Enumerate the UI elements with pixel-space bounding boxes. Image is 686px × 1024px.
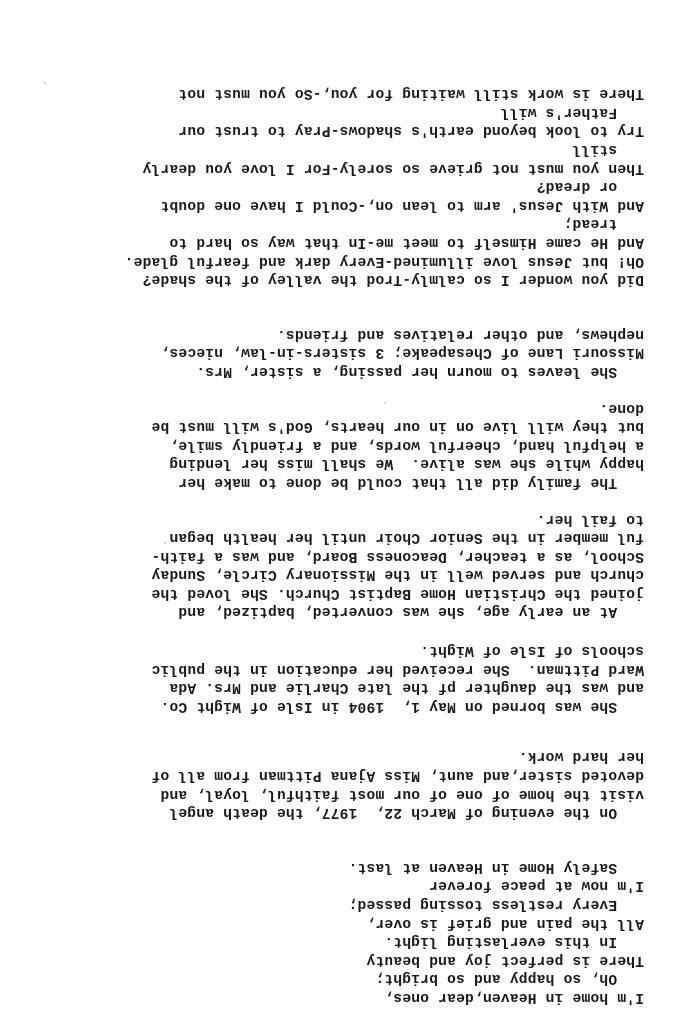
poem-line: There is work still waiting for you,-So … (24, 84, 644, 103)
text-line: At an early age, she was converted, bapt… (24, 602, 644, 621)
text-line: done. (24, 398, 644, 417)
scan-speck (384, 402, 386, 404)
paragraph-birth: She was borned on May 1, 1904 in Isle of… (24, 641, 644, 715)
scan-speck (44, 82, 46, 84)
poem-line: I'm home in Heaven,dear ones, (24, 987, 644, 1006)
poem-line: Did you wonder I so calmly-Trod the vall… (24, 270, 644, 289)
paragraph-survivors: She leaves to mourn her passing, a siste… (24, 324, 644, 380)
scan-speck (164, 542, 166, 544)
poem-line: And He came Himself to meet me-In that w… (24, 232, 644, 251)
paragraph-church: At an early age, she was converted, bapt… (24, 509, 644, 621)
text-line: She leaves to mourn her passing, a siste… (24, 361, 644, 380)
poem-line: tread; (24, 214, 644, 233)
text-line: She was borned on May 1, 1904 in Isle of… (24, 696, 644, 715)
poem-line: All the pain and grief is over, (24, 913, 644, 932)
poem-line: There is perfect joy and beauty (24, 950, 644, 969)
obituary-text: I'm home in Heaven,dear ones, Oh, so hap… (24, 84, 644, 1006)
text-line: The family did all that could be done to… (24, 472, 644, 491)
poem-line: Oh! but Jesus love illumined-Every dark … (24, 251, 644, 270)
text-line: Ward Pittman. She received her education… (24, 659, 644, 678)
text-line: her hard work. (24, 747, 644, 766)
scan-speck (564, 772, 566, 774)
poem-line: Oh, so happy and so bright; (24, 969, 644, 988)
text-line: and was the daughter pf the late Charlie… (24, 678, 644, 697)
closing-poem: Did you wonder I so calmly-Trod the vall… (24, 84, 644, 289)
poem-line: Then you must not grieve so sorely-For I… (24, 158, 644, 177)
text-line: to fail her. (24, 509, 644, 528)
text-line: nephews, and other relatives and friends… (24, 324, 644, 343)
poem-line: Try to look beyond earth's shadows-Pray … (24, 121, 644, 140)
poem-line: Every restless tossing passed; (24, 894, 644, 913)
text-line: church and served well in the Missionary… (24, 565, 644, 584)
text-line: happy while she was alive. We shall miss… (24, 454, 644, 473)
poem-line: I'm now at peace forever (24, 876, 644, 895)
poem-line: or dread? (24, 177, 644, 196)
poem-line: In this everlasting light. (24, 932, 644, 951)
text-line: On the evening of March 22, 1977, the de… (24, 803, 644, 822)
poem-line: And With Jesus' arm to lean on,-Could I … (24, 195, 644, 214)
paragraph-death: On the evening of March 22, 1977, the de… (24, 747, 644, 821)
text-line: joined the Christian Home Baptist Church… (24, 583, 644, 602)
text-line: School, as a teacher, Deaconess Board, a… (24, 546, 644, 565)
text-line: a helpful hand, cheerful words, and a fr… (24, 435, 644, 454)
paragraph-family: The family did all that could be done to… (24, 398, 644, 491)
scanned-page: I'm home in Heaven,dear ones, Oh, so hap… (0, 0, 686, 1024)
text-line: but they will live on in our hearts, God… (24, 417, 644, 436)
text-line: ful member in the Senior Choir until her… (24, 528, 644, 547)
opening-poem: I'm home in Heaven,dear ones, Oh, so hap… (24, 857, 644, 1006)
text-line: visit the home of one of our most faithf… (24, 784, 644, 803)
text-line: devoted sister,and aunt, Miss Ajana Pitt… (24, 765, 644, 784)
text-line: schools of Isle of Wight. (24, 641, 644, 660)
text-line: Missouri Lane of Chesapeake; 3 sisters-i… (24, 343, 644, 362)
poem-line: Safely Home in Heaven at last. (24, 857, 644, 876)
poem-line: Father's will (24, 102, 644, 121)
poem-line: still (24, 139, 644, 158)
